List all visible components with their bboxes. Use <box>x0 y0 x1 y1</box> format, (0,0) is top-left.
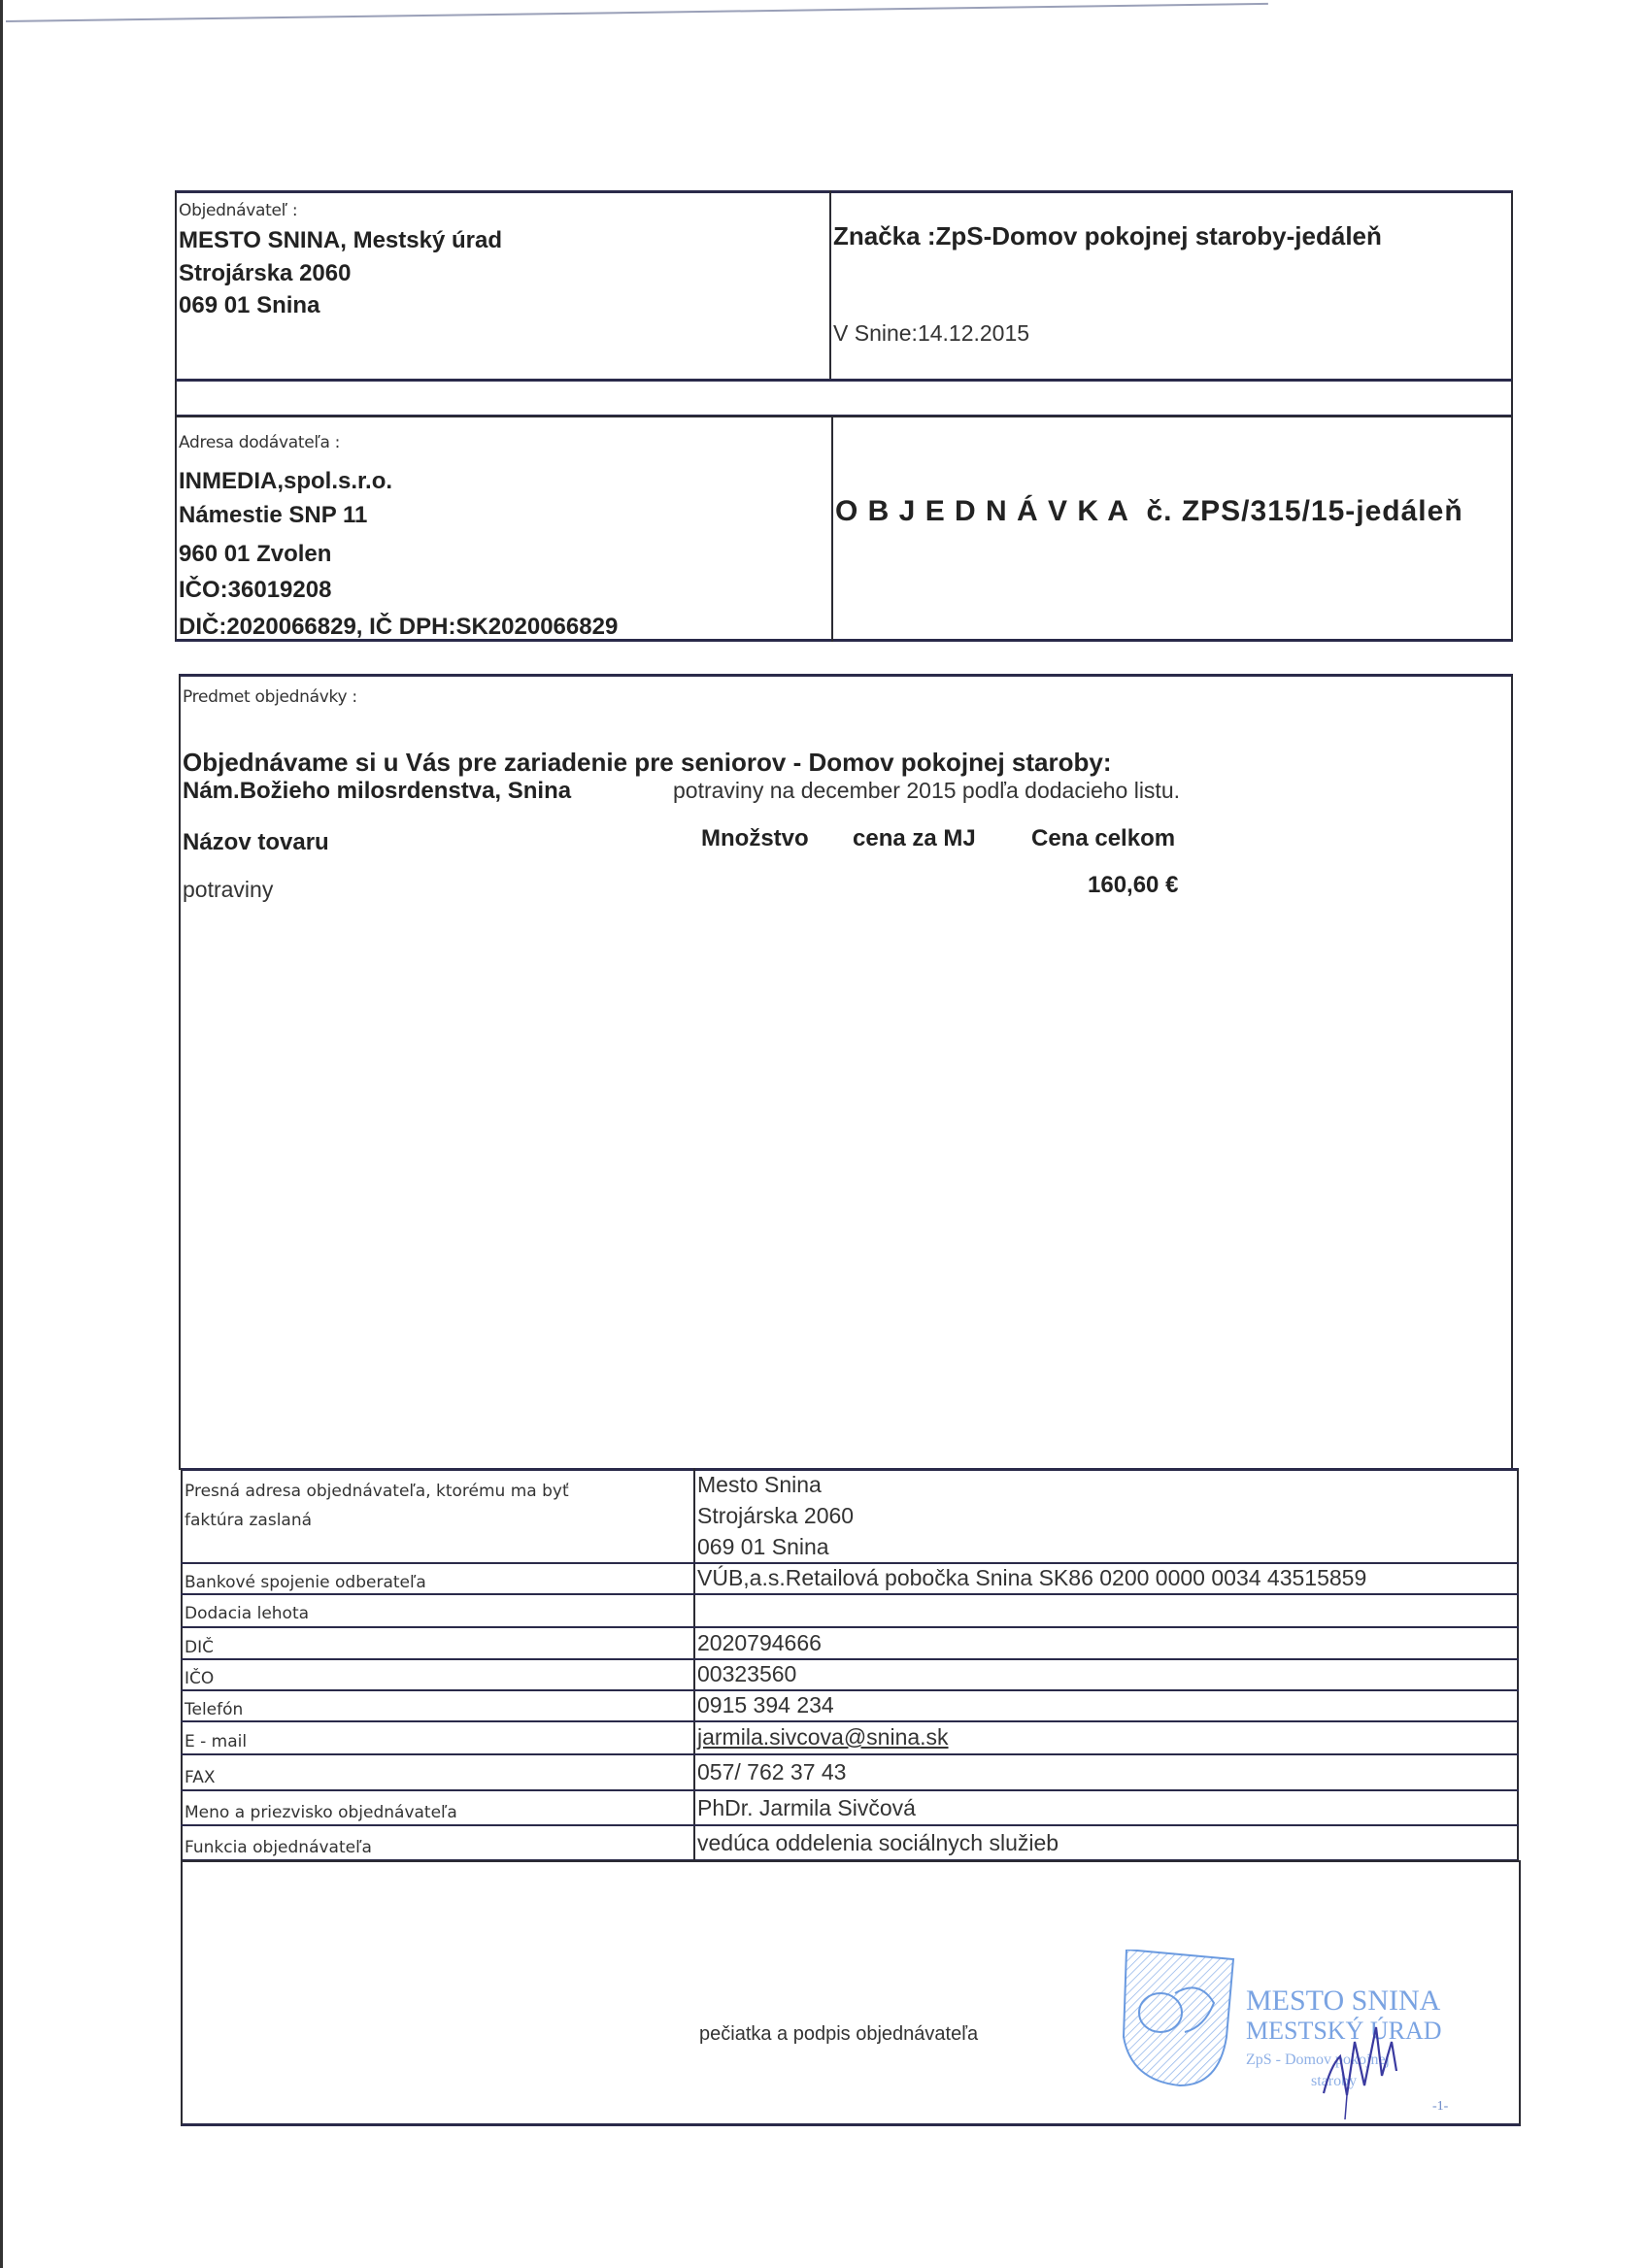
header-divider <box>829 190 831 381</box>
order-title: O B J E D N Á V K A č. ZPS/315/15-jedále… <box>835 495 1463 528</box>
label-bank: Bankové spojenie odberateľa <box>185 1573 426 1592</box>
row-divider <box>181 1789 1519 1791</box>
item-name: potraviny <box>183 877 273 903</box>
orderer-name: MESTO SNINA, Mestský úrad <box>179 227 502 254</box>
row-divider <box>181 1593 1519 1595</box>
row-divider <box>181 1658 1519 1660</box>
label-phone: Telefón <box>185 1700 243 1719</box>
subject-label: Predmet objednávky : <box>183 687 357 707</box>
column-total: Cena celkom <box>1031 825 1175 852</box>
phone-value: 0915 394 234 <box>697 1692 834 1718</box>
row-divider <box>181 1824 1519 1826</box>
bank-value: VÚB,a.s.Retailová pobočka Snina SK86 020… <box>697 1565 1366 1591</box>
supplier-name: INMEDIA,spol.s.r.o. <box>179 468 392 495</box>
row-divider <box>181 1720 1519 1722</box>
row-divider <box>181 1753 1519 1755</box>
subject-line1: Objednávame si u Vás pre zariadenie pre … <box>183 748 1112 778</box>
place-date: V Snine:14.12.2015 <box>833 320 1029 347</box>
orderer-street: Strojárska 2060 <box>179 260 351 287</box>
invoice-address-line3: 069 01 Snina <box>697 1534 829 1560</box>
reference-mark: Značka :ZpS-Domov pokojnej staroby-jedál… <box>833 221 1382 251</box>
supplier-divider <box>831 416 833 642</box>
item-total: 160,60 € <box>1088 872 1178 899</box>
details-divider <box>693 1468 695 1862</box>
subject-line2-place: Nám.Božieho milosrdenstva, Snina <box>183 778 571 805</box>
label-delivery-term: Dodacia lehota <box>185 1604 309 1623</box>
label-fax: FAX <box>185 1768 216 1787</box>
spacer-row <box>175 379 1513 417</box>
orderer-function-value: vedúca oddelenia sociálnych služieb <box>697 1830 1059 1856</box>
label-email: E - mail <box>185 1732 247 1751</box>
signature-label: pečiatka a podpis objednávateľa <box>699 2023 978 2046</box>
column-unit-price: cena za MJ <box>853 825 976 852</box>
subject-line2-desc: potraviny na december 2015 podľa dodacie… <box>673 778 1180 804</box>
scan-artifact-line <box>6 3 1268 22</box>
email-link[interactable]: jarmila.sivcova@snina.sk <box>697 1724 949 1751</box>
column-quantity: Množstvo <box>701 825 809 852</box>
label-dic: DIČ <box>185 1638 214 1657</box>
label-invoice-address: Presná adresa objednávateľa, ktorému ma … <box>185 1477 569 1535</box>
orderer-label: Objednávateľ : <box>179 201 297 220</box>
supplier-dic: DIČ:2020066829, IČ DPH:SK2020066829 <box>179 614 618 641</box>
invoice-address-line2: Strojárska 2060 <box>697 1503 854 1529</box>
row-divider <box>181 1626 1519 1628</box>
label-ico: IČO <box>185 1669 214 1688</box>
supplier-street: Námestie SNP 11 <box>179 502 367 529</box>
row-divider <box>181 1562 1519 1564</box>
invoice-address-line1: Mesto Snina <box>697 1472 822 1498</box>
dic-value: 2020794666 <box>697 1630 822 1656</box>
supplier-box <box>175 416 1513 642</box>
orderer-name-value: PhDr. Jarmila Sivčová <box>697 1795 916 1821</box>
fax-value: 057/ 762 37 43 <box>697 1759 846 1785</box>
row-divider <box>181 1689 1519 1691</box>
svg-text:-1-: -1- <box>1432 2099 1449 2114</box>
supplier-city: 960 01 Zvolen <box>179 541 331 568</box>
ico-value: 00323560 <box>697 1661 796 1687</box>
coat-of-arms-icon: MESTO SNINA MESTSKÝ ÚRAD ZpS - Domov pok… <box>1122 1950 1491 2124</box>
scan-page-edge <box>0 0 3 2268</box>
label-orderer-function: Funkcia objednávateľa <box>185 1838 372 1857</box>
svg-text:MESTSKÝ ÚRAD: MESTSKÝ ÚRAD <box>1246 2017 1442 2045</box>
supplier-label: Adresa dodávateľa : <box>179 433 340 452</box>
orderer-box <box>175 190 1513 381</box>
label-orderer-name: Meno a priezvisko objednávateľa <box>185 1803 457 1822</box>
official-stamp: MESTO SNINA MESTSKÝ ÚRAD ZpS - Domov pok… <box>1122 1950 1491 2124</box>
orderer-city: 069 01 Snina <box>179 292 319 319</box>
svg-text:MESTO SNINA: MESTO SNINA <box>1246 1984 1441 2017</box>
column-name: Názov tovaru <box>183 829 329 856</box>
supplier-ico: IČO:36019208 <box>179 577 331 604</box>
